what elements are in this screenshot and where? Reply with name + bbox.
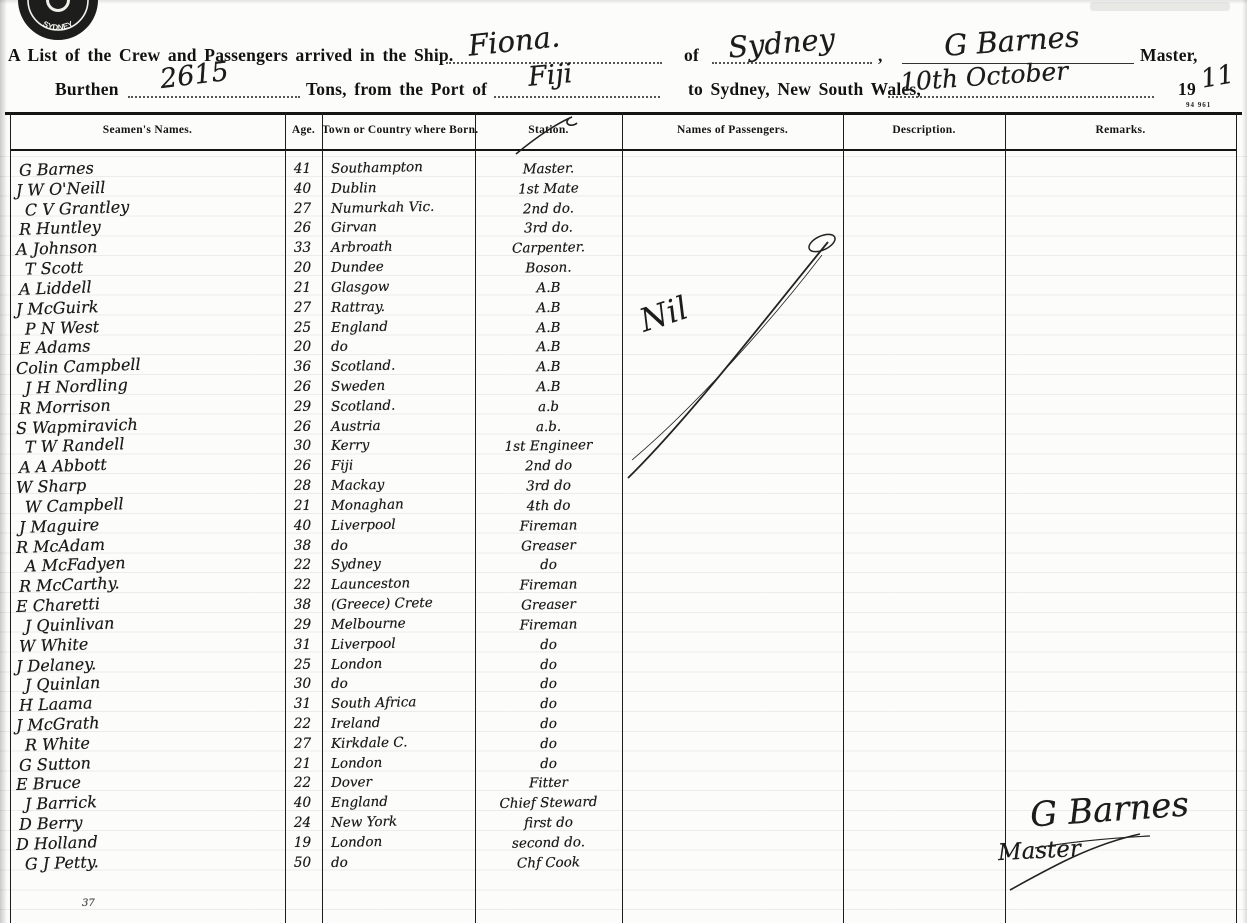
scanned-crew-list-page: SYDNEY A List of the Crew and Passengers… — [0, 0, 1247, 923]
port-from-handwritten: Fiji — [527, 58, 574, 93]
crew-station: second do. — [475, 833, 622, 852]
crew-born: Austria — [331, 416, 476, 435]
crew-born: Southampton — [331, 158, 476, 177]
crew-age: 25 — [283, 320, 322, 336]
crew-station: Fitter — [475, 774, 622, 793]
col-header-age: Age. — [285, 124, 322, 136]
crew-age: 27 — [283, 300, 322, 316]
crew-station: Greaser — [475, 536, 622, 555]
crew-station: do — [475, 714, 622, 733]
master-label: Master, — [1140, 45, 1198, 66]
crew-station: 2nd do. — [475, 199, 622, 218]
crew-born: London — [331, 753, 476, 772]
crew-station: Master. — [475, 159, 622, 178]
crew-age: 19 — [283, 835, 322, 851]
crew-born: Monaghan — [331, 495, 476, 514]
crew-age: 38 — [283, 538, 322, 554]
crew-station: Chf Cook — [475, 853, 622, 872]
burthen-underline — [128, 96, 300, 98]
crew-born: Melbourne — [331, 614, 476, 633]
crew-born: do — [331, 336, 476, 355]
col-header-passengers: Names of Passengers. — [622, 124, 843, 136]
crew-born: Ireland — [331, 713, 476, 732]
crew-station: 2nd do — [475, 457, 622, 476]
crew-station: do — [475, 675, 622, 694]
crew-born: London — [331, 832, 476, 851]
svg-text:Nil: Nil — [634, 288, 693, 339]
crew-age: 22 — [283, 557, 322, 573]
crew-born: Fiji — [331, 455, 476, 474]
crew-station: Boson. — [475, 259, 622, 278]
crew-age: 38 — [283, 597, 322, 613]
ship-name-handwritten: Fiona. — [466, 19, 561, 62]
date-underline — [888, 96, 1154, 98]
crew-born: Girvan — [331, 217, 476, 236]
crew-age: 20 — [283, 260, 322, 276]
crew-station: 4th do — [475, 496, 622, 515]
crew-age: 28 — [283, 478, 322, 494]
crew-age: 41 — [283, 161, 322, 177]
crew-station: Fireman — [475, 576, 622, 595]
scan-edge-top — [0, 0, 1247, 4]
crew-station: 3rd do. — [475, 219, 622, 238]
crew-station: A.B — [475, 318, 622, 337]
crew-age: 40 — [283, 518, 322, 534]
crew-born: Dundee — [331, 257, 476, 276]
crew-born: Liverpool — [331, 515, 476, 534]
crew-age: 27 — [283, 736, 322, 752]
crew-age: 20 — [283, 339, 322, 355]
crew-born: Arbroath — [331, 237, 476, 256]
crew-station: do — [475, 754, 622, 773]
crew-station: a.b. — [475, 417, 622, 436]
crew-age: 36 — [283, 359, 322, 375]
crew-age: 26 — [283, 458, 322, 474]
crew-born: South Africa — [331, 693, 476, 712]
crew-age: 26 — [283, 220, 322, 236]
crew-born: Scotland. — [331, 356, 476, 375]
crew-age: 21 — [283, 498, 322, 514]
crew-age: 25 — [283, 657, 322, 673]
form-number: 94 961 — [1186, 101, 1211, 109]
col-header-town-born: Town or Country where Born. — [322, 124, 475, 136]
table-top-rule — [5, 112, 1242, 115]
crew-born: Numurkah Vic. — [331, 198, 476, 217]
crew-born: Glasgow — [331, 277, 476, 296]
crew-born: Kirkdale C. — [331, 733, 476, 752]
crew-age: 21 — [283, 756, 322, 772]
customs-seal-stamp: SYDNEY — [16, 0, 100, 44]
crew-station: A.B — [475, 278, 622, 297]
col-header-remarks: Remarks. — [1005, 124, 1236, 136]
crew-born: New York — [331, 812, 476, 831]
crew-age: 22 — [283, 577, 322, 593]
crew-station: A.B — [475, 358, 622, 377]
station-header-ink-flourish — [512, 110, 592, 158]
crew-station: do — [475, 695, 622, 714]
crew-born: Launceston — [331, 574, 476, 593]
title-prefix: A List of the Crew and Passengers arrive… — [8, 45, 453, 66]
crew-age: 21 — [283, 280, 322, 296]
crew-born: Dover — [331, 772, 476, 791]
crew-station: Fireman — [475, 516, 622, 535]
crew-station: do — [475, 635, 622, 654]
crew-age: 22 — [283, 716, 322, 732]
crew-born: London — [331, 653, 476, 672]
col-header-seamens-names: Seamen's Names. — [10, 124, 285, 136]
crew-station: A.B — [475, 377, 622, 396]
crew-age: 24 — [283, 815, 322, 831]
crew-age: 26 — [283, 419, 322, 435]
tons-from-port-label: Tons, from the Port of — [306, 79, 487, 100]
crew-born: Rattray. — [331, 297, 476, 316]
burthen-label: Burthen — [55, 79, 119, 100]
passengers-nil-annotation: Nil — [622, 160, 843, 560]
crew-station: 3rd do — [475, 477, 622, 496]
crew-born: Liverpool — [331, 634, 476, 653]
crew-station: do — [475, 556, 622, 575]
crew-station: do — [475, 734, 622, 753]
crew-station: 1st Mate — [475, 179, 622, 198]
crew-station: first do — [475, 814, 622, 833]
crew-born: Kerry — [331, 435, 476, 454]
crew-age: 30 — [283, 676, 322, 692]
crew-born: England — [331, 792, 476, 811]
crew-born: England — [331, 317, 476, 336]
crew-born: Sweden — [331, 376, 476, 395]
crew-age: 26 — [283, 379, 322, 395]
crew-age: 31 — [283, 696, 322, 712]
col-header-description: Description. — [843, 124, 1005, 136]
crew-born: do — [331, 535, 476, 554]
crew-born: do — [331, 673, 476, 692]
scan-smudge — [1090, 2, 1230, 11]
signature-flourish — [1000, 820, 1180, 900]
crew-age: 50 — [283, 855, 322, 871]
year-value-handwritten: 11 — [1199, 59, 1237, 94]
registry-port-handwritten: Sydney — [727, 21, 837, 64]
crew-age: 30 — [283, 438, 322, 454]
crew-station: Greaser — [475, 595, 622, 614]
crew-station: A.B — [475, 338, 622, 357]
crew-born: Dublin — [331, 178, 476, 197]
crew-station: a.b — [475, 397, 622, 416]
of-label: of — [684, 45, 699, 66]
crew-station: do — [475, 655, 622, 674]
crew-age: 40 — [283, 181, 322, 197]
crew-station: Chief Steward — [475, 794, 622, 813]
crew-station: Carpenter. — [475, 239, 622, 258]
crew-station: 1st Engineer — [475, 437, 622, 456]
crew-born: Scotland. — [331, 396, 476, 415]
crew-age: 40 — [283, 795, 322, 811]
crew-age: 29 — [283, 399, 322, 415]
crew-born: (Greece) Crete — [331, 594, 476, 613]
crew-age: 31 — [283, 637, 322, 653]
crew-born: Mackay — [331, 475, 476, 494]
crew-age: 27 — [283, 201, 322, 217]
crew-age: 22 — [283, 775, 322, 791]
destination-label: to Sydney, New South Wales, — [688, 79, 921, 100]
page-mark: 37 — [82, 898, 95, 909]
crew-station: A.B — [475, 298, 622, 317]
year-prefix-printed: 19 — [1178, 79, 1196, 100]
crew-age: 33 — [283, 240, 322, 256]
separator-comma: , — [878, 45, 883, 66]
crew-born: do — [331, 852, 476, 871]
table-row: G J Petty.50doChf Cook — [0, 855, 640, 875]
crew-station: Fireman — [475, 615, 622, 634]
port-from-underline — [494, 96, 660, 98]
table-header-bottom-rule — [10, 149, 1237, 151]
crew-age: 29 — [283, 617, 322, 633]
crew-born: Sydney — [331, 554, 476, 573]
